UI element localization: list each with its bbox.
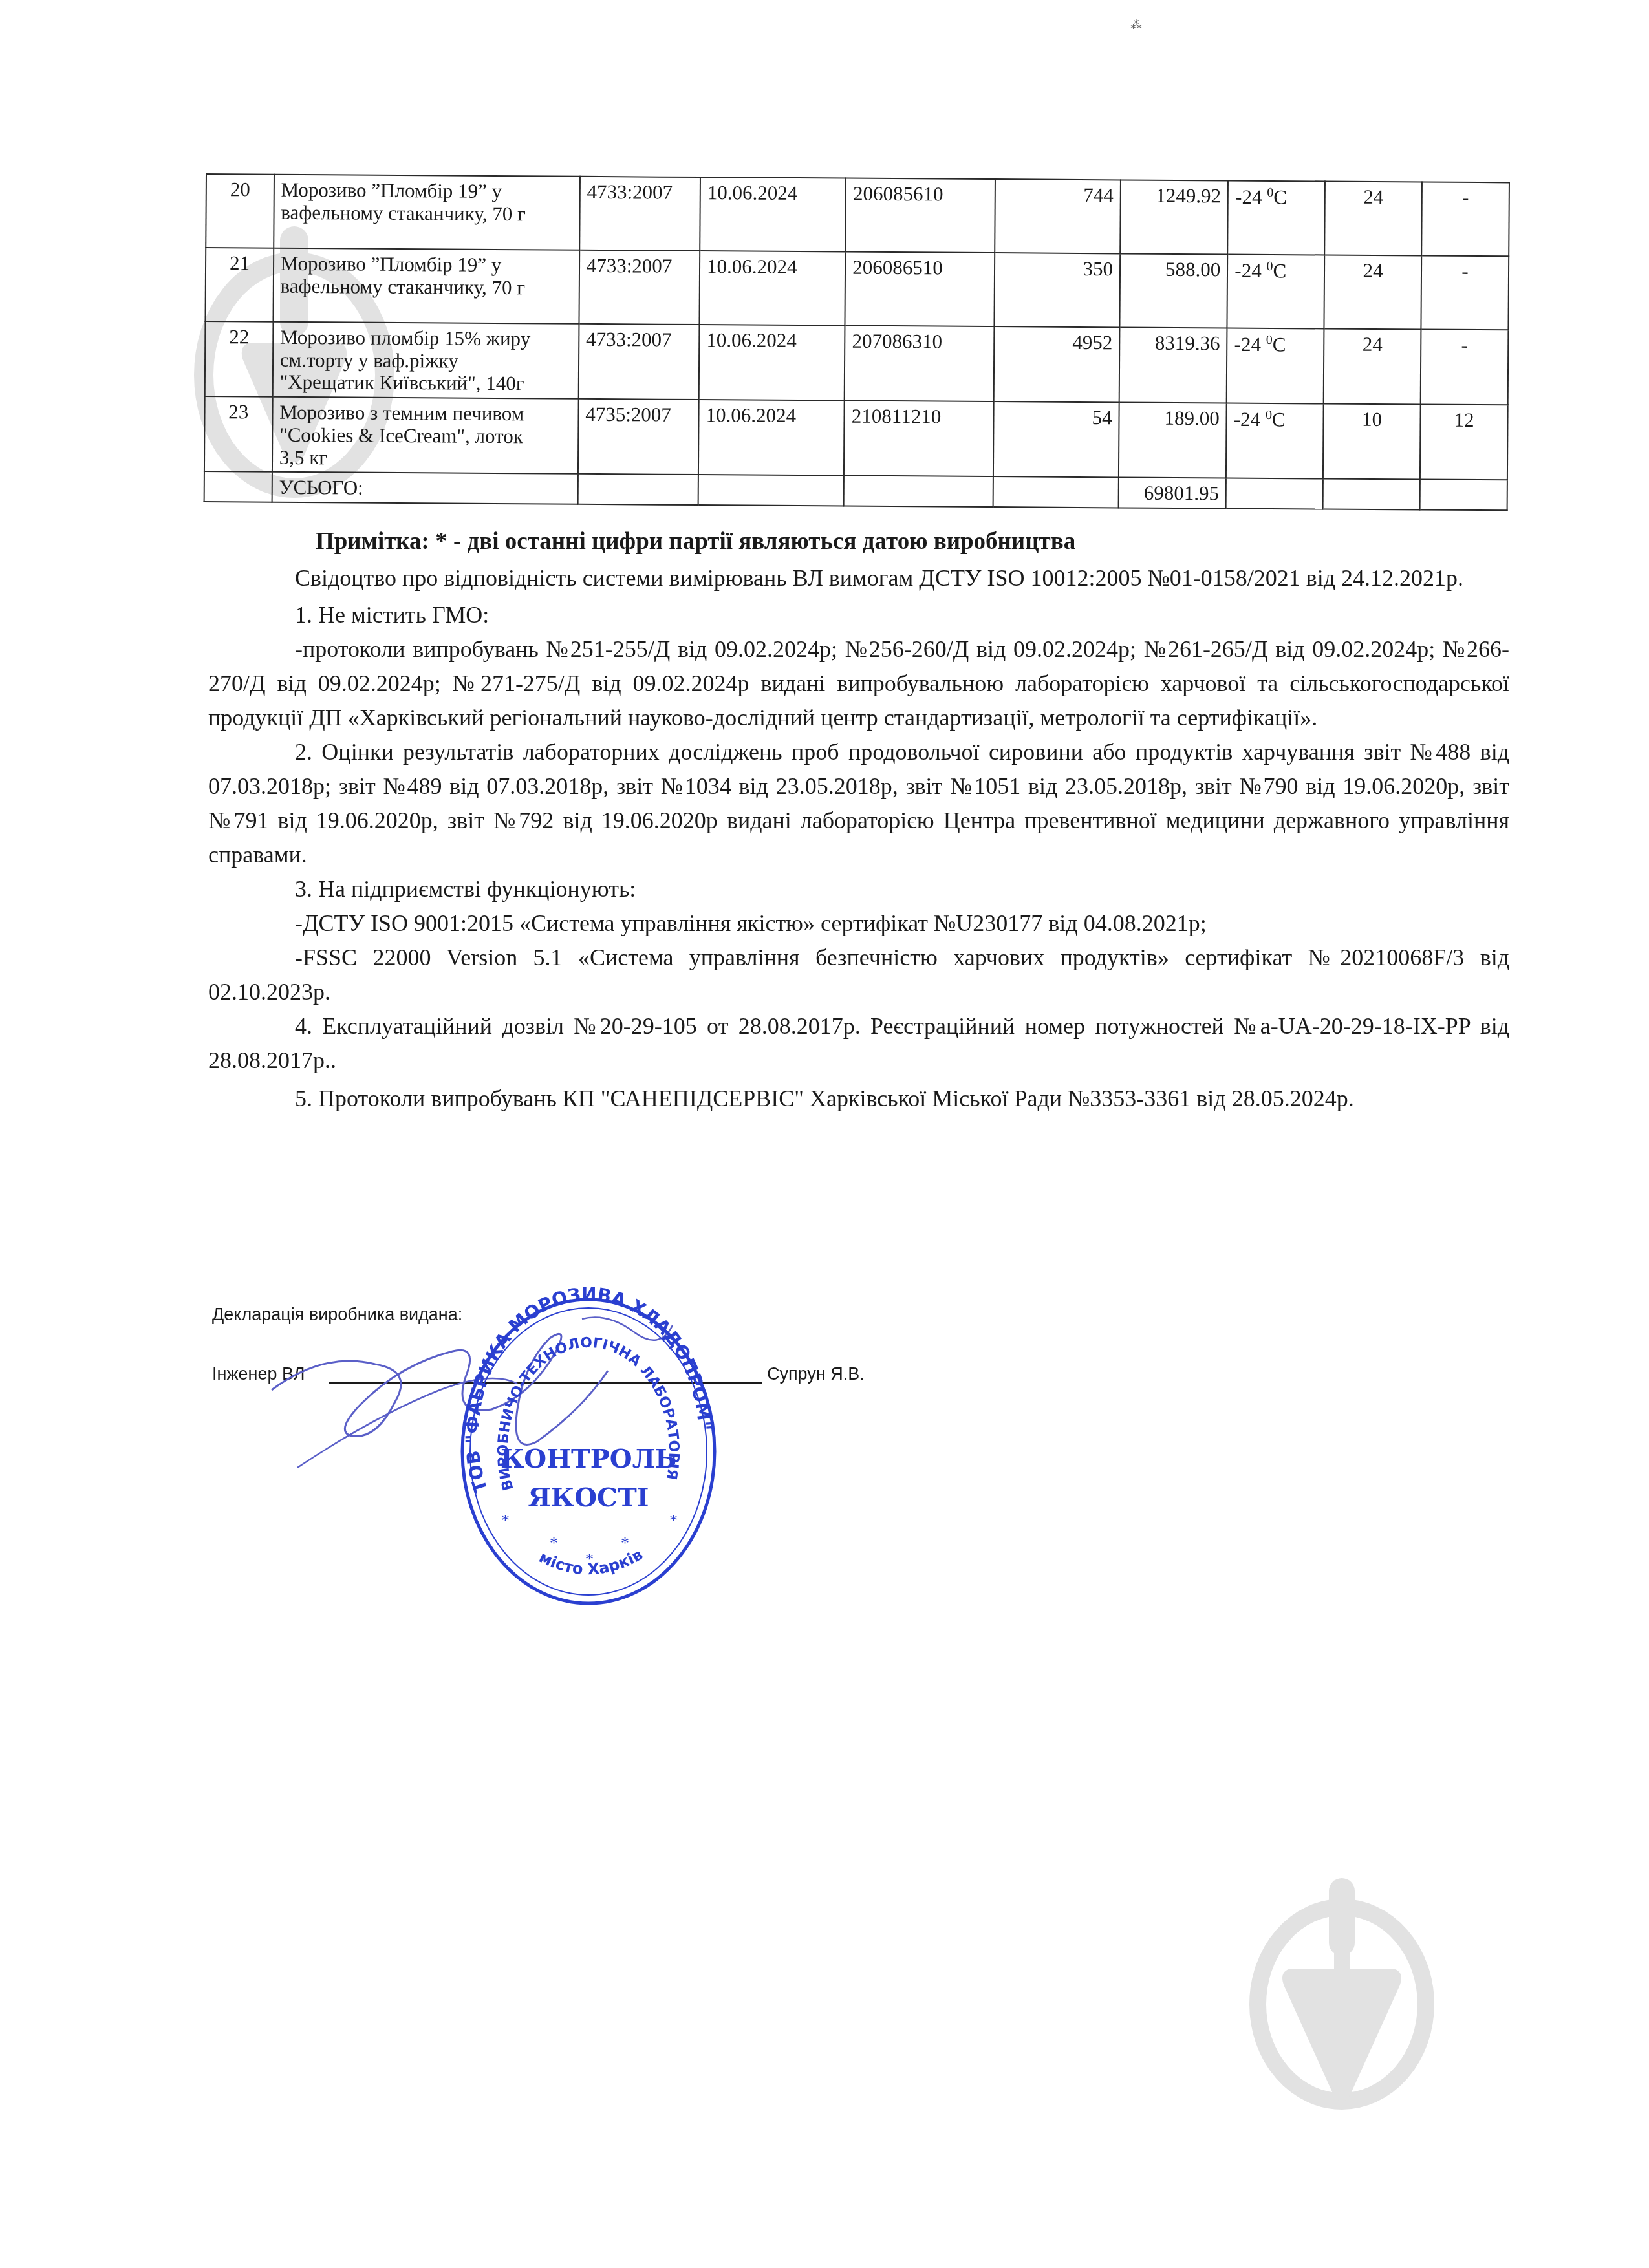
standard-number: 4733:2007 xyxy=(578,324,699,400)
signer-name: Супрун Я.В. xyxy=(767,1364,865,1384)
batch-number: 207086310 xyxy=(845,326,994,402)
sum: 8319.36 xyxy=(1119,327,1227,403)
product-name: Морозиво з темним печивом"Cookies & IceC… xyxy=(272,397,579,474)
standard-number: 4733:2007 xyxy=(579,250,700,325)
column-b-value: - xyxy=(1421,329,1509,405)
product-name-line: Морозиво ”Пломбір 19” у xyxy=(281,253,572,277)
table-row: 23Морозиво з темним печивом"Cookies & Ic… xyxy=(204,396,1508,480)
svg-text:ТОВ "ФАБРИКА МОРОЗИВА ХЛАДОПРО: ТОВ "ФАБРИКА МОРОЗИВА ХЛАДОПРОМ" xyxy=(462,1287,715,1495)
product-name-line: Морозиво пломбір 15% жиру xyxy=(280,326,572,351)
row-number: 23 xyxy=(204,396,273,472)
product-name-line: 3,5 кг xyxy=(279,446,571,471)
celsius-unit: C xyxy=(1273,333,1286,356)
row-number: 20 xyxy=(206,174,274,248)
sanepid-protocols-paragraph: 5. Протоколи випробувань КП "САНЕПІДСЕРВ… xyxy=(208,1082,1509,1116)
production-date: 10.06.2024 xyxy=(699,251,845,325)
production-date: 10.06.2024 xyxy=(699,325,845,401)
batch-number: 206085610 xyxy=(846,178,995,253)
watermark-trowel-icon xyxy=(1242,1875,1442,2121)
column-a-value: 10 xyxy=(1323,404,1420,480)
column-a-value: 24 xyxy=(1324,181,1421,255)
column-b-value: - xyxy=(1421,255,1509,330)
declaration-issued-label: Декларація виробника видана: xyxy=(212,1305,462,1325)
product-name-line: Морозиво ”Пломбір 19” у xyxy=(281,179,572,204)
row-number: 21 xyxy=(205,248,274,322)
product-name-line: Морозиво з темним печивом xyxy=(279,401,571,426)
product-name-line: "Хрещатик Київський", 140г xyxy=(279,371,571,396)
sum: 1249.92 xyxy=(1120,180,1228,254)
table-row: 21Морозиво ”Пломбір 19” увафельному стак… xyxy=(205,248,1509,330)
celsius-unit: C xyxy=(1273,259,1286,282)
empty-cell xyxy=(204,471,272,502)
empty-cell xyxy=(1226,478,1323,509)
empty-cell xyxy=(577,474,698,505)
product-name: Морозиво ”Пломбір 19” увафельному стакан… xyxy=(274,175,580,250)
column-a-value: 24 xyxy=(1324,255,1421,329)
svg-text:*: * xyxy=(501,1511,510,1530)
column-a-value: 24 xyxy=(1324,328,1421,404)
product-name-line: вафельному стаканчику, 70 г xyxy=(280,275,572,299)
svg-text:*: * xyxy=(550,1534,558,1552)
empty-cell xyxy=(1323,479,1420,510)
products-table: 20Морозиво ”Пломбір 19” увафельному стак… xyxy=(204,173,1510,511)
iso-9001-paragraph: -ДСТУ ISO 9001:2015 «Система управління … xyxy=(208,906,1509,941)
certificate-paragraph: Свідоцтво про відповідність системи вимі… xyxy=(208,561,1509,595)
quantity: 744 xyxy=(995,179,1121,253)
empty-cell xyxy=(698,475,845,506)
gmo-protocols-paragraph: -протоколи випробувань №251-255/Д від 09… xyxy=(208,632,1509,735)
notes-section: Свідоцтво про відповідність системи вимі… xyxy=(208,561,1509,1116)
row-number: 22 xyxy=(205,321,274,397)
product-name-line: "Cookies & IceCream", лоток xyxy=(279,424,571,449)
temperature-value: -24 xyxy=(1234,408,1261,431)
product-name: Морозиво ”Пломбір 19” увафельному стакан… xyxy=(273,248,579,324)
lab-results-paragraph: 2. Оцінки результатів лабораторних дослі… xyxy=(208,735,1509,872)
svg-text:ВИРОБНИЧО-ТЕХНОЛОГІЧНА ЛАБОРАТ: ВИРОБНИЧО-ТЕХНОЛОГІЧНА ЛАБОРАТОРІЯ xyxy=(495,1335,682,1492)
gmo-heading: 1. Не містить ГМО: xyxy=(208,598,1509,632)
celsius-unit: C xyxy=(1273,186,1287,208)
column-b-value: 12 xyxy=(1420,405,1508,480)
systems-heading: 3. На підприємстві функціонують: xyxy=(208,872,1509,906)
total-sum: 69801.95 xyxy=(1119,478,1227,509)
batch-number: 210811210 xyxy=(844,401,993,477)
column-b-value: - xyxy=(1421,182,1509,256)
scan-artifact: ⁂ xyxy=(1130,18,1143,27)
standard-number: 4733:2007 xyxy=(579,177,700,251)
storage-temperature: -24 0C xyxy=(1227,254,1325,328)
signer-position: Інженер ВЛ xyxy=(212,1364,305,1384)
production-date: 10.06.2024 xyxy=(700,177,846,251)
svg-text:КОНТРОЛЬ: КОНТРОЛЬ xyxy=(501,1444,676,1474)
celsius-unit: C xyxy=(1272,408,1286,431)
quality-control-stamp: ТОВ "ФАБРИКА МОРОЗИВА ХЛАДОПРОМ" ВИРОБНИ… xyxy=(453,1287,724,1610)
sum: 189.00 xyxy=(1119,403,1227,478)
sum: 588.00 xyxy=(1119,253,1227,328)
note-title: Примітка: * - дві останні цифри партії я… xyxy=(316,528,1075,555)
temperature-value: -24 xyxy=(1235,186,1262,208)
production-date: 10.06.2024 xyxy=(698,400,845,476)
svg-text:*: * xyxy=(669,1511,678,1530)
batch-number: 206086510 xyxy=(845,252,995,327)
table-row: 20Морозиво ”Пломбір 19” увафельному стак… xyxy=(206,174,1509,256)
fssc-22000-paragraph: -FSSC 22000 Version 5.1 «Система управлі… xyxy=(208,941,1509,1009)
table-row: 22Морозиво пломбір 15% жирусм.торту у ва… xyxy=(205,321,1509,405)
quantity: 350 xyxy=(994,253,1120,327)
permit-paragraph: 4. Експлуатаційний дозвіл №20-29-105 от … xyxy=(208,1009,1509,1078)
signature-line xyxy=(329,1382,762,1384)
product-name-line: вафельному стаканчику, 70 г xyxy=(281,201,572,226)
product-name: Морозиво пломбір 15% жирусм.торту у ваф.… xyxy=(272,322,579,399)
empty-cell xyxy=(1419,480,1507,511)
product-name-line: см.торту у ваф.ріжку xyxy=(280,348,572,373)
svg-text:*: * xyxy=(585,1550,594,1568)
storage-temperature: -24 0C xyxy=(1228,180,1326,255)
empty-cell xyxy=(993,476,1119,508)
storage-temperature: -24 0C xyxy=(1227,328,1324,403)
empty-cell xyxy=(844,476,993,507)
quantity: 4952 xyxy=(993,326,1119,402)
svg-text:*: * xyxy=(621,1534,629,1552)
storage-temperature: -24 0C xyxy=(1226,403,1324,479)
svg-text:ЯКОСТІ: ЯКОСТІ xyxy=(528,1482,649,1513)
standard-number: 4735:2007 xyxy=(578,399,699,475)
svg-text:місто Харків: місто Харків xyxy=(536,1545,645,1578)
quantity: 54 xyxy=(993,401,1119,477)
temperature-value: -24 xyxy=(1234,333,1262,356)
handwritten-signature xyxy=(246,1312,698,1481)
temperature-value: -24 xyxy=(1234,259,1262,282)
total-label: УСЬОГО: xyxy=(272,472,577,504)
